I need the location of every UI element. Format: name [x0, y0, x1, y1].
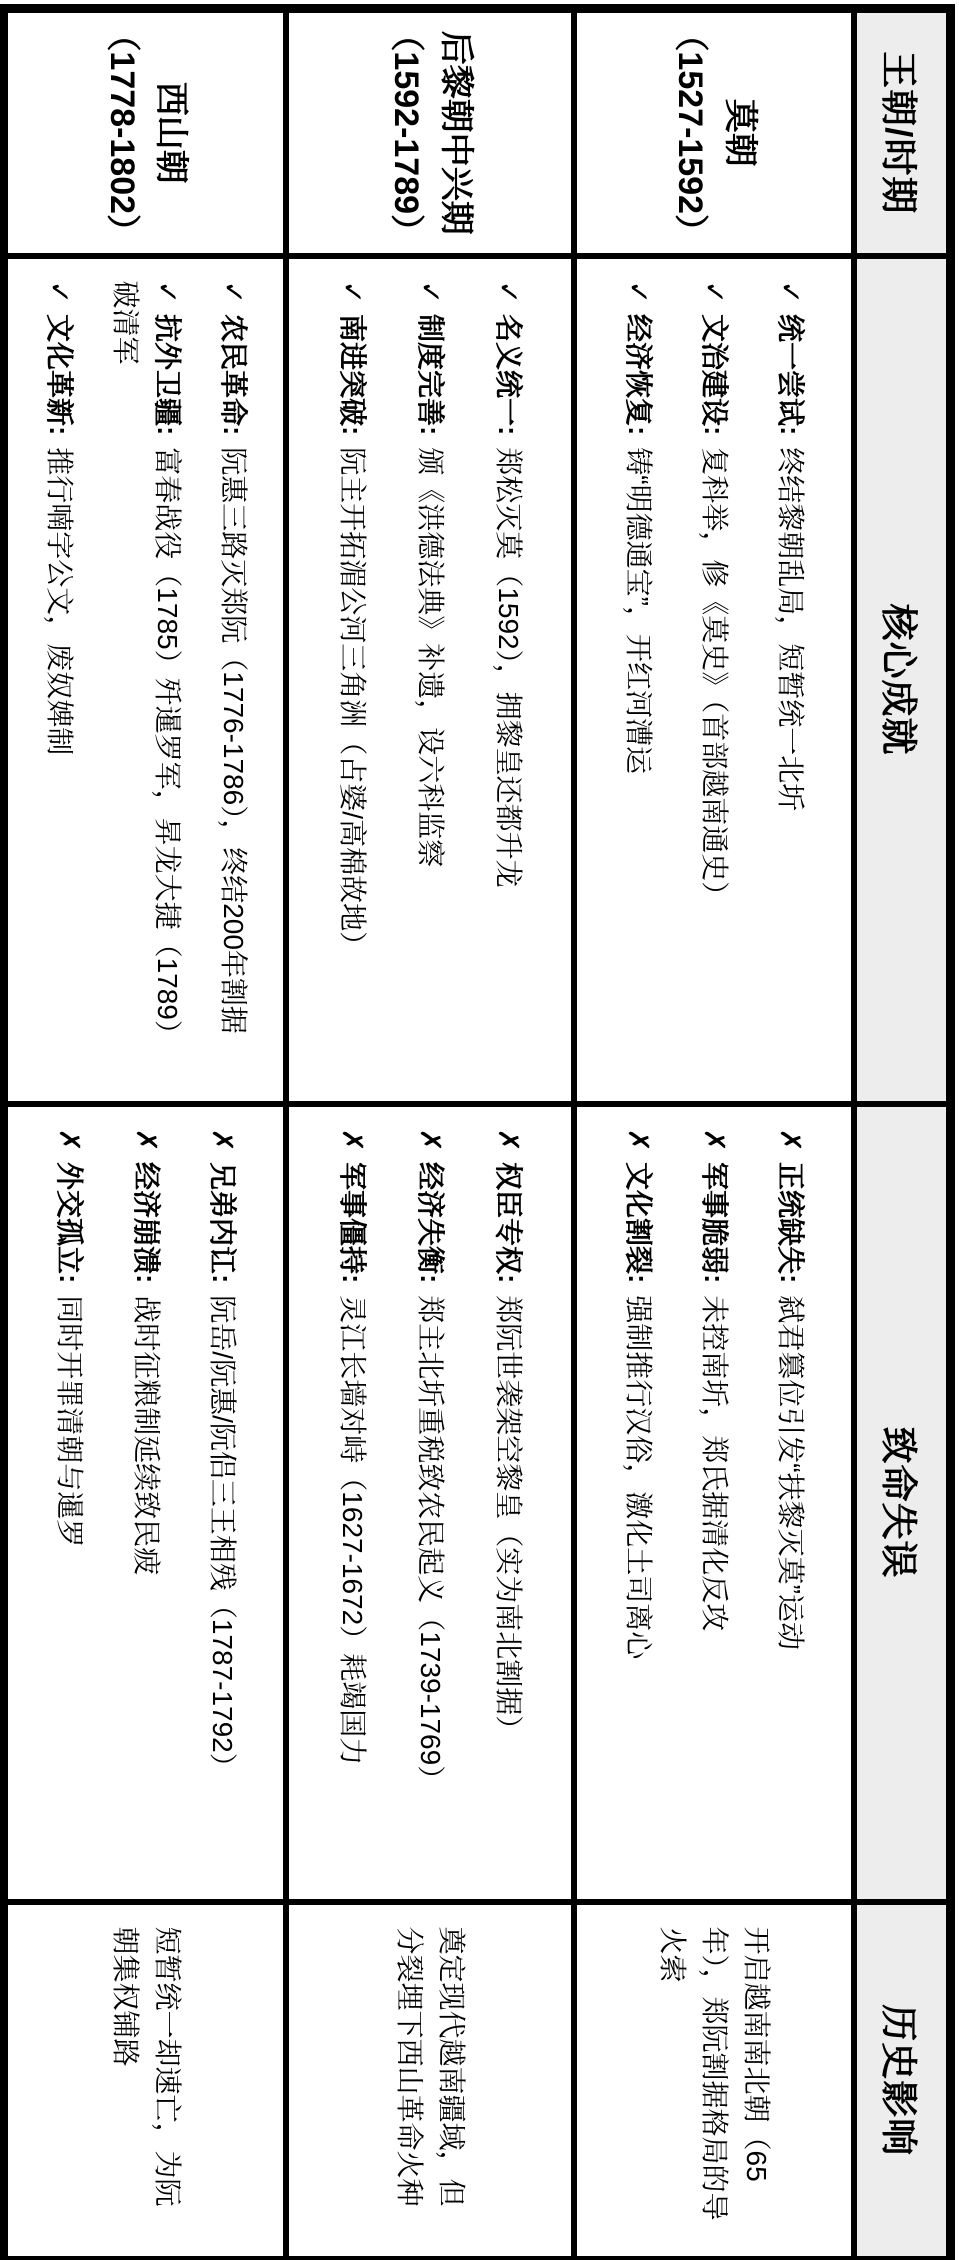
header-cell-historical-impact: 历史影响	[855, 1902, 951, 2260]
impact-cell-tay-son: 短暂统一却速亡，为阮朝集权铺路	[4, 1902, 287, 2260]
impact-cell-mac: 开启越南南北朝（65年），郑阮割据格局的导火索	[575, 1902, 855, 2260]
failure-item: ✗文化割裂:强制推行汉俗，激化土司离心	[618, 1129, 660, 1873]
item-label: 军事脆弱:	[700, 1162, 731, 1283]
achievement-item: ✓制度完善:颁《洪德法典》补遗，设六科监察	[410, 281, 452, 1075]
item-label: 经济崩溃:	[131, 1162, 162, 1283]
check-icon: ✓	[218, 281, 249, 304]
item-label: 名义统一:	[494, 314, 525, 435]
dynasty-comparison-table: 王朝/时期 核心成就 致命失误 历史影响 莫朝 （1527-1592） ✓统一尝…	[0, 4, 955, 2260]
rotated-table-canvas: 王朝/时期 核心成就 致命失误 历史影响 莫朝 （1527-1592） ✓统一尝…	[0, 0, 959, 2260]
header-cell-dynasty: 王朝/时期	[855, 9, 951, 256]
check-icon: ✓	[624, 281, 655, 304]
achievement-item: ✓名义统一:郑松灭莫（1592），拥黎皇还都升龙	[488, 281, 530, 1075]
item-label: 经济恢复:	[624, 314, 655, 435]
achievement-item: ✓抗外卫疆:富春战役（1785）歼暹罗军，昇龙大捷（1789）破清军	[104, 281, 188, 1075]
impact-text: 短暂统一却速亡，为阮朝集权铺路	[104, 1927, 188, 2231]
core-cell-tay-son: ✓农民革命:阮惠三路灭郑阮（1776-1786），终结200年割据 ✓抗外卫疆:…	[4, 256, 287, 1104]
fatal-cell-revival-le: ✗权臣专权:郑阮世袭架空黎皇（实为南北割据） ✗经济失衡:郑主北圻重税致农民起义…	[287, 1104, 575, 1902]
impact-text: 开启越南南北朝（65年），郑阮割据格局的导火索	[652, 1927, 778, 2231]
item-text: 阮岳/阮惠/阮侣三王相残（1787-1792）	[207, 1295, 238, 1780]
fatal-cell-mac: ✗正统缺失:弑君篡位引发“扶黎灭莫”运动 ✗军事脆弱:未控南圻，郑氏据清化反攻 …	[575, 1104, 855, 1902]
table-row: 莫朝 （1527-1592） ✓统一尝试:终结黎朝乱局，短暂统一北圻 ✓文治建设…	[575, 9, 855, 2260]
dynasty-name: 莫朝	[715, 13, 764, 253]
cross-icon: ✗	[338, 1129, 369, 1152]
item-text: 同时开罪清朝与暹罗	[54, 1295, 85, 1547]
item-label: 兄弟内讧:	[207, 1162, 238, 1283]
header-cell-fatal-mistakes: 致命失误	[855, 1104, 951, 1902]
item-label: 统一尝试:	[776, 314, 807, 435]
achievement-item: ✓南进突破:阮主开拓湄公河三角洲（占婆/高棉故地）	[332, 281, 374, 1075]
item-text: 阮惠三路灭郑阮（1776-1786），终结200年割据	[218, 447, 249, 1034]
item-label: 文治建设:	[700, 314, 731, 435]
achievement-item: ✓经济恢复:铸“明德通宝”，开红河漕运	[618, 281, 660, 1075]
item-text: 强制推行汉俗，激化土司离心	[624, 1295, 655, 1659]
check-icon: ✓	[700, 281, 731, 304]
achievement-item: ✓统一尝试:终结黎朝乱局，短暂统一北圻	[770, 281, 812, 1075]
cross-icon: ✗	[776, 1129, 807, 1152]
cross-icon: ✗	[207, 1129, 238, 1152]
item-text: 郑松灭莫（1592），拥黎皇还都升龙	[494, 447, 525, 887]
item-label: 权臣专权:	[494, 1162, 525, 1283]
check-icon: ✓	[152, 281, 183, 304]
check-icon: ✓	[416, 281, 447, 304]
item-text: 郑阮世袭架空黎皇（实为南北割据）	[494, 1295, 525, 1743]
item-label: 制度完善:	[416, 314, 447, 435]
check-icon: ✓	[776, 281, 807, 304]
item-text: 战时征粮制延续致民疲	[131, 1295, 162, 1575]
cross-icon: ✗	[700, 1129, 731, 1152]
failure-item: ✗兄弟内讧:阮岳/阮惠/阮侣三王相残（1787-1792）	[201, 1129, 243, 1873]
failure-item: ✗正统缺失:弑君篡位引发“扶黎灭莫”运动	[770, 1129, 812, 1873]
cross-icon: ✗	[494, 1129, 525, 1152]
impact-text: 奠定现代越南疆域，但分裂埋下西山革命火种	[389, 1927, 473, 2231]
dynasty-period: （1778-1802）	[96, 13, 145, 253]
table-row: 后黎朝中兴期 （1592-1789） ✓名义统一:郑松灭莫（1592），拥黎皇还…	[287, 9, 575, 2260]
check-icon: ✓	[494, 281, 525, 304]
check-icon: ✓	[44, 281, 75, 304]
item-label: 外交孤立:	[54, 1162, 85, 1283]
item-text: 终结黎朝乱局，短暂统一北圻	[776, 447, 807, 811]
item-label: 正统缺失:	[776, 1162, 807, 1283]
cross-icon: ✗	[416, 1129, 447, 1152]
header-cell-core-achievements: 核心成就	[855, 256, 951, 1104]
header-row: 王朝/时期 核心成就 致命失误 历史影响	[855, 9, 951, 2260]
item-label: 南进突破:	[338, 314, 369, 435]
item-text: 阮主开拓湄公河三角洲（占婆/高棉故地）	[338, 447, 369, 959]
cross-icon: ✗	[131, 1129, 162, 1152]
item-label: 抗外卫疆:	[152, 314, 183, 435]
item-label: 文化革新:	[44, 314, 75, 435]
achievement-item: ✓文治建设:复科举，修《莫史》（首部越南通史）	[694, 281, 736, 1075]
item-text: 弑君篡位引发“扶黎灭莫”运动	[776, 1295, 807, 1650]
item-text: 铸“明德通宝”，开红河漕运	[624, 447, 655, 774]
failure-item: ✗外交孤立:同时开罪清朝与暹罗	[48, 1129, 90, 1873]
dynasty-cell-revival-le: 后黎朝中兴期 （1592-1789）	[287, 9, 575, 256]
cross-icon: ✗	[624, 1129, 655, 1152]
item-text: 郑主北圻重税致农民起义（1739-1769）	[416, 1295, 447, 1793]
failure-item: ✗经济失衡:郑主北圻重税致农民起义（1739-1769）	[410, 1129, 452, 1873]
item-text: 灵江长墙对峙（1627-1672）耗竭国力	[338, 1295, 369, 1765]
failure-item: ✗权臣专权:郑阮世袭架空黎皇（实为南北割据）	[488, 1129, 530, 1873]
impact-cell-revival-le: 奠定现代越南疆域，但分裂埋下西山革命火种	[287, 1902, 575, 2260]
failure-item: ✗经济崩溃:战时征粮制延续致民疲	[125, 1129, 167, 1873]
item-text: 推行喃字公文，废奴婢制	[44, 447, 75, 755]
achievement-item: ✓农民革命:阮惠三路灭郑阮（1776-1786），终结200年割据	[212, 281, 254, 1075]
check-icon: ✓	[338, 281, 369, 304]
item-label: 农民革命:	[218, 314, 249, 435]
dynasty-name: 后黎朝中兴期	[431, 13, 480, 253]
achievement-item: ✓文化革新:推行喃字公文，废奴婢制	[38, 281, 80, 1075]
item-label: 军事僵持:	[338, 1162, 369, 1283]
dynasty-cell-mac: 莫朝 （1527-1592）	[575, 9, 855, 256]
cross-icon: ✗	[54, 1129, 85, 1152]
item-text: 未控南圻，郑氏据清化反攻	[700, 1295, 731, 1631]
item-text: 颁《洪德法典》补遗，设六科监察	[416, 447, 447, 867]
item-label: 经济失衡:	[416, 1162, 447, 1283]
failure-item: ✗军事脆弱:未控南圻，郑氏据清化反攻	[694, 1129, 736, 1873]
core-cell-mac: ✓统一尝试:终结黎朝乱局，短暂统一北圻 ✓文治建设:复科举，修《莫史》（首部越南…	[575, 256, 855, 1104]
dynasty-period: （1527-1592）	[665, 13, 714, 253]
dynasty-cell-tay-son: 西山朝 （1778-1802）	[4, 9, 287, 256]
table-row: 西山朝 （1778-1802） ✓农民革命:阮惠三路灭郑阮（1776-1786）…	[4, 9, 287, 2260]
core-cell-revival-le: ✓名义统一:郑松灭莫（1592），拥黎皇还都升龙 ✓制度完善:颁《洪德法典》补遗…	[287, 256, 575, 1104]
dynasty-period: （1592-1789）	[381, 13, 430, 253]
failure-item: ✗军事僵持:灵江长墙对峙（1627-1672）耗竭国力	[332, 1129, 374, 1873]
fatal-cell-tay-son: ✗兄弟内讧:阮岳/阮惠/阮侣三王相残（1787-1792） ✗经济崩溃:战时征粮…	[4, 1104, 287, 1902]
item-label: 文化割裂:	[624, 1162, 655, 1283]
dynasty-name: 西山朝	[146, 13, 195, 253]
item-text: 复科举，修《莫史》（首部越南通史）	[700, 447, 731, 909]
